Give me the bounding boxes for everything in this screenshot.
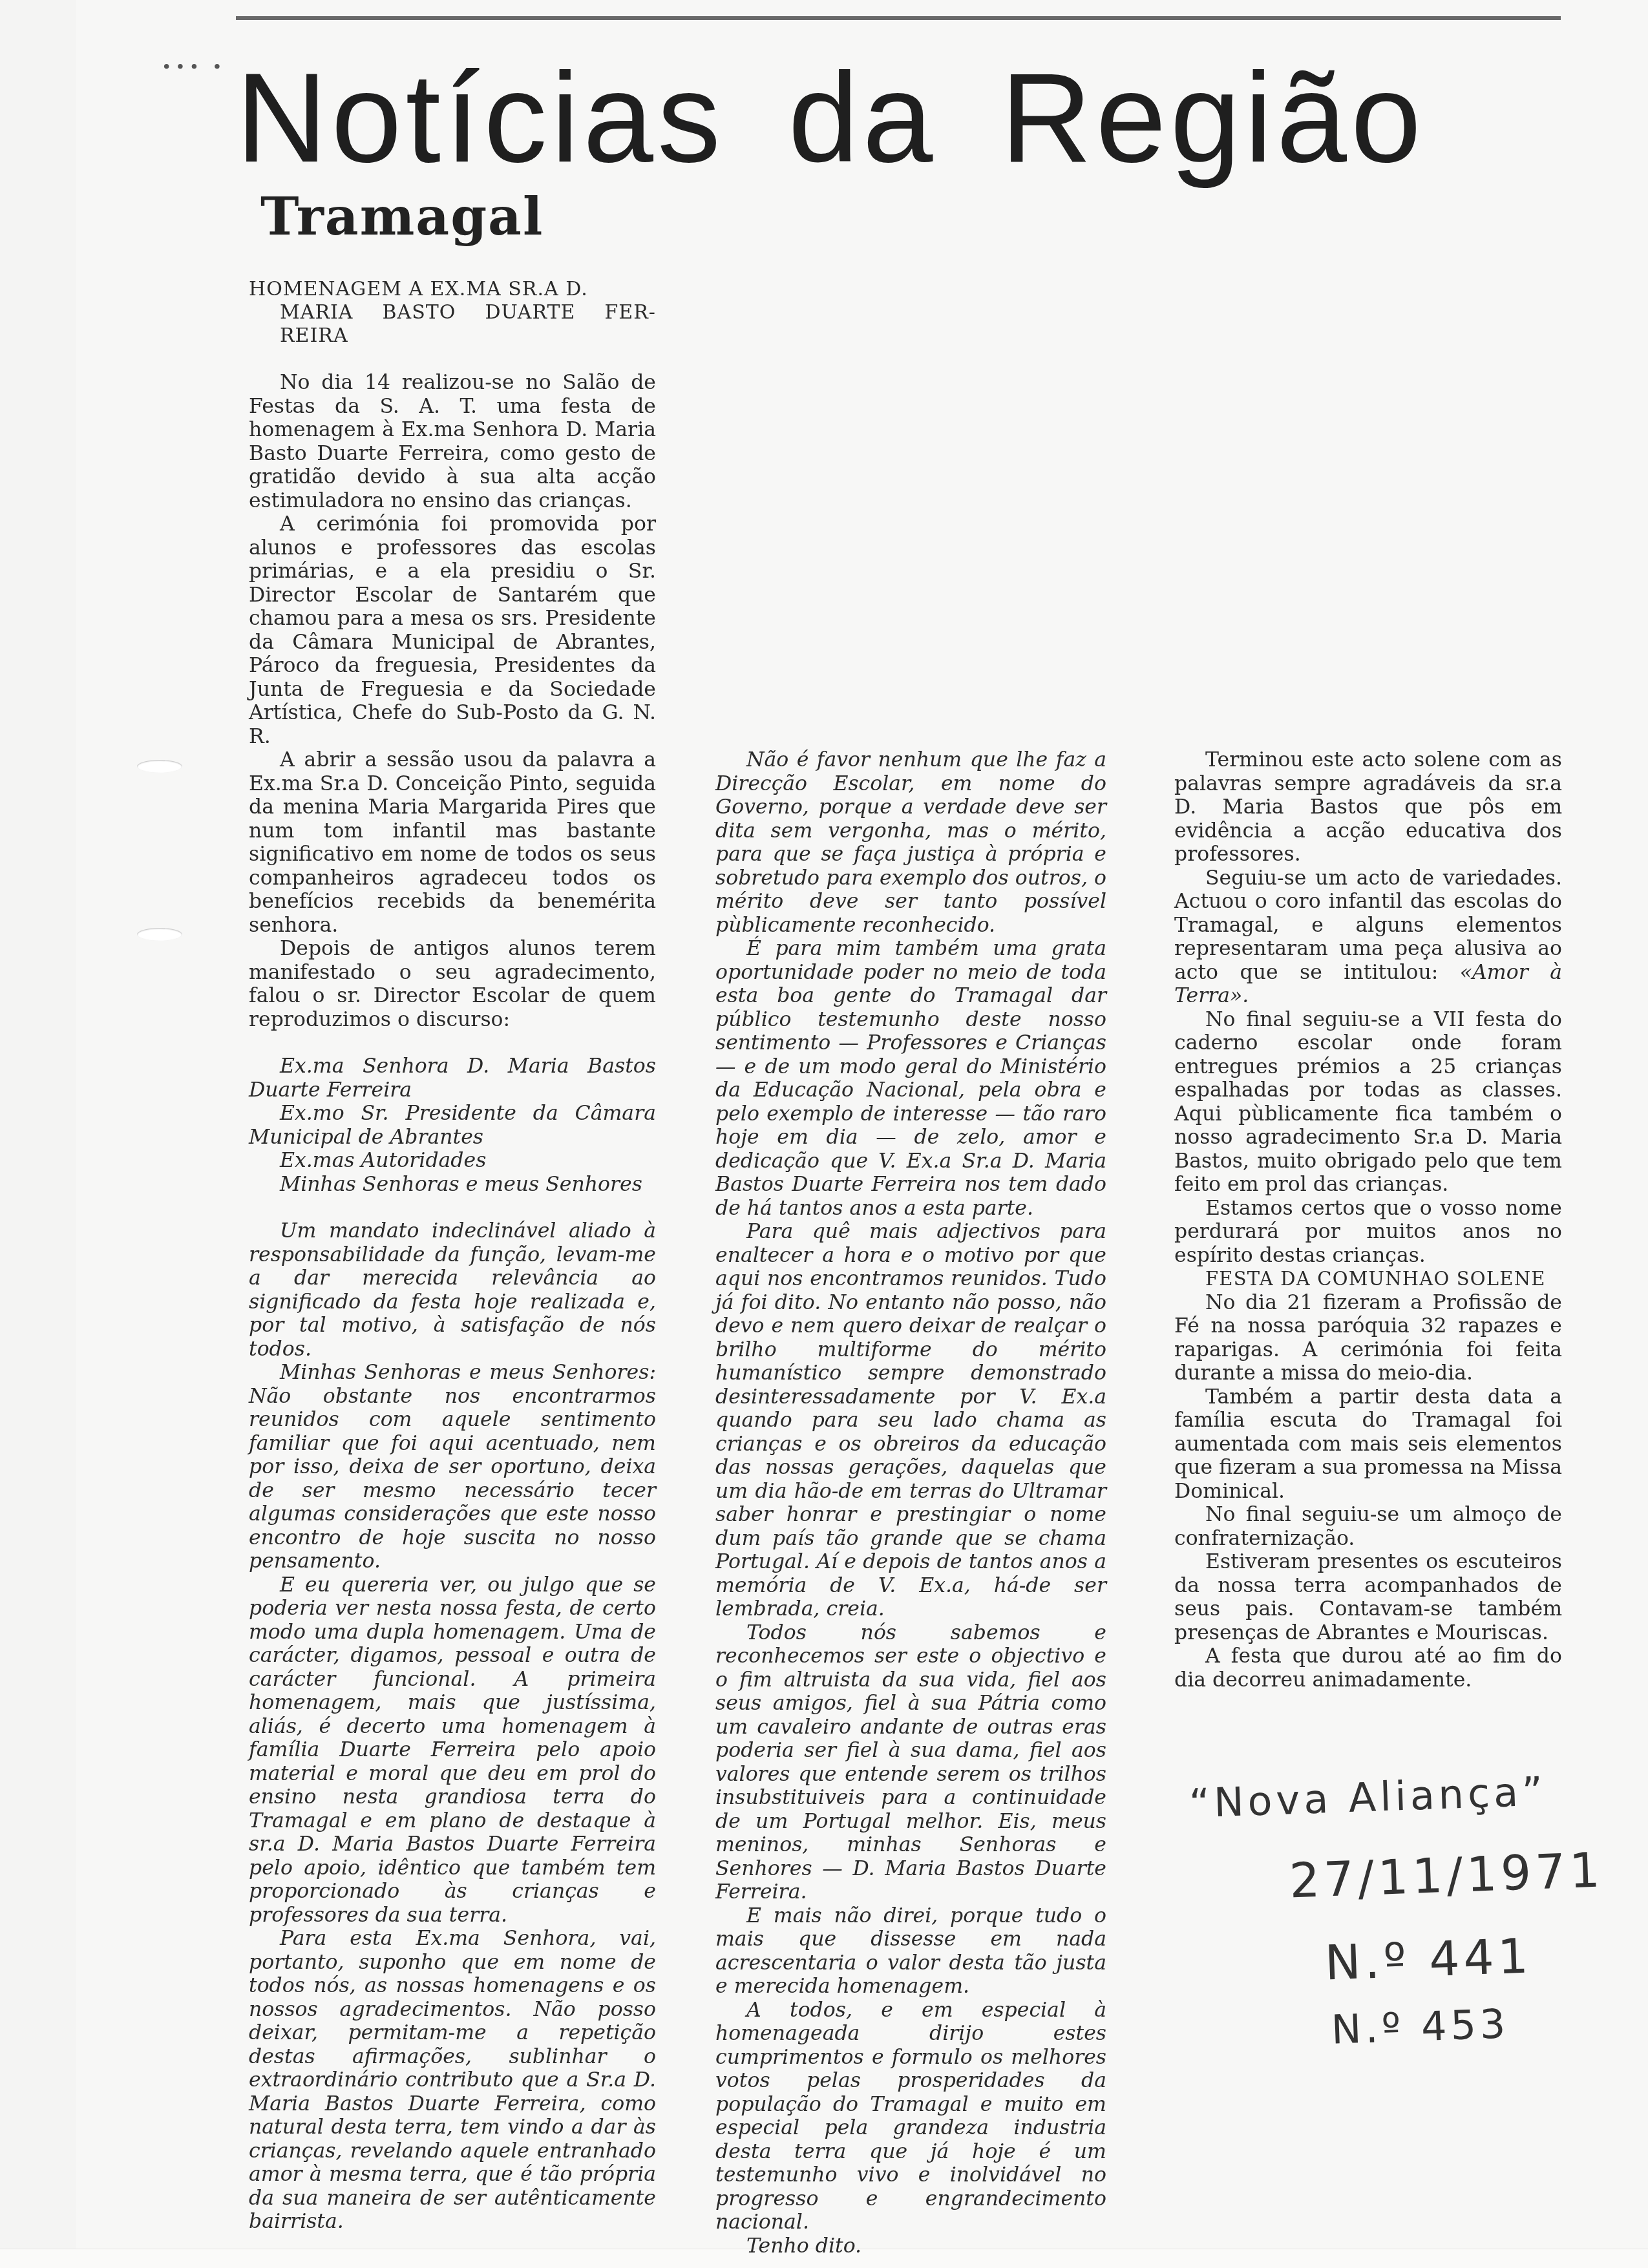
paragraph: A abrir a sessão usou da palavra a Ex.ma… [249, 748, 656, 937]
handwritten-number: N.º 453 [1331, 2000, 1510, 2053]
masthead-title: Notícias da Região [236, 55, 1425, 182]
speech-paragraph: Não é favor nenhum que lhe faz a Direcçã… [715, 748, 1106, 937]
paragraph: Também a partir desta data a família esc… [1174, 1385, 1562, 1504]
column-left: HOMENAGEM A EX.ma Sr.a D. MARIA BASTO DU… [249, 278, 656, 2234]
speech-paragraph: E mais não direi, porque tudo o mais que… [715, 1904, 1106, 1999]
speech-paragraph: Tenho dito. [715, 2234, 1106, 2258]
paragraph: Depois de antigos alunos terem manifesta… [249, 937, 656, 1031]
article-headline: HOMENAGEM A EX.ma Sr.a D. MARIA BASTO DU… [249, 278, 656, 348]
ink-speck-marks: ••• • [162, 58, 226, 78]
headline-line-1: HOMENAGEM A EX.ma Sr.a D. [249, 278, 588, 300]
paragraph: A festa que durou até ao fim do dia deco… [1174, 1644, 1562, 1692]
paragraph: No dia 14 realizou-se no Salão de Festas… [249, 371, 656, 512]
speech-paragraph: Minhas Senhoras e meus Senhores: Não obs… [249, 1361, 656, 1573]
handwritten-number: N.º 441 [1324, 1928, 1533, 1991]
column-middle: Não é favor nenhum que lhe faz a Direcçã… [715, 748, 1106, 2258]
salutation: Ex.mo Sr. Presidente da Câmara Municipal… [249, 1102, 656, 1149]
speech-paragraph: É para mim também uma grata oportunidade… [715, 937, 1106, 1220]
speech-paragraph: Para esta Ex.ma Senhora, vai, portanto, … [249, 1927, 656, 2234]
salutation: Ex.ma Senhora D. Maria Bastos Duarte Fer… [249, 1055, 656, 1102]
column-right: Terminou este acto solene com as palavra… [1174, 748, 1562, 1692]
paragraph: A cerimónia foi promovida por alunos e p… [249, 512, 656, 748]
speech-paragraph: E eu quereria ver, ou julgo que se poder… [249, 1573, 656, 1927]
section-title: Tramagal [260, 191, 544, 242]
paragraph: No final seguiu-se um almoço de confrate… [1174, 1503, 1562, 1550]
top-rule [236, 16, 1561, 20]
speech-paragraph: Um mandato indeclinável aliado à respons… [249, 1219, 656, 1361]
handwritten-date: 27/11/1971 [1289, 1843, 1605, 1909]
paragraph: Estamos certos que o vosso nome perdurar… [1174, 1197, 1562, 1268]
speech-paragraph: Para quê mais adjectivos para enaltecer … [715, 1220, 1106, 1621]
paragraph: Terminou este acto solene com as palavra… [1174, 748, 1562, 866]
paragraph: Estiveram presentes os escuteiros da nos… [1174, 1550, 1562, 1644]
paragraph: Seguiu-se um acto de variedades. Actuou … [1174, 866, 1562, 1008]
paragraph: No dia 21 fizeram a Profissão de Fé na n… [1174, 1291, 1562, 1385]
speech-paragraph: A todos, e em especial à homenageada dir… [715, 1999, 1106, 2234]
punch-hole-icon [137, 760, 182, 773]
paragraph: No final seguiu-se a VII festa do cadern… [1174, 1008, 1562, 1197]
punch-hole-icon [137, 928, 182, 941]
salutation: Ex.mas Autoridades [249, 1149, 656, 1173]
article-headline: FESTA DA COMUNHAO SOLENE [1174, 1267, 1562, 1291]
speech-paragraph: Todos nós sabemos e reconhecemos ser est… [715, 1621, 1106, 1904]
salutation: Minhas Senhoras e meus Senhores [249, 1173, 656, 1197]
headline-line-2: MARIA BASTO DUARTE FER-REIRA [249, 301, 656, 348]
